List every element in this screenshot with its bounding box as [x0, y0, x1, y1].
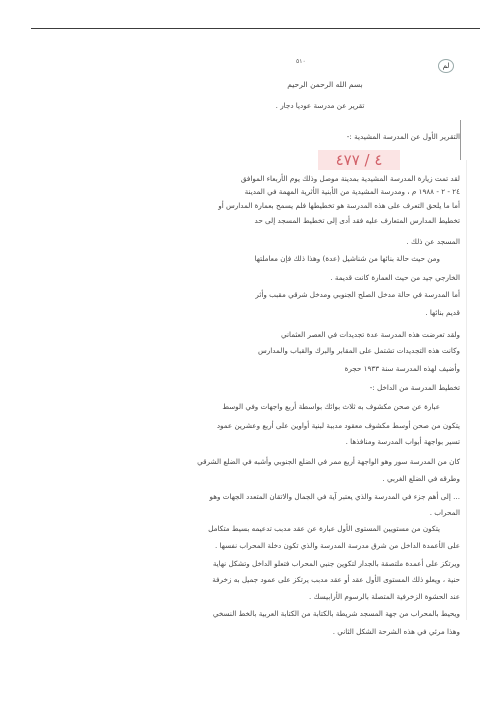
- text-line: تسير بواجهة أبواب المدرسة ومنافذها .: [55, 437, 460, 446]
- text-line: عند الحشوة الزخرفية المتصلة بالرسوم الأر…: [55, 592, 460, 601]
- text-line: ويحيط بالمحراب من جهة المسجد شريطة بالكت…: [55, 609, 460, 618]
- text-line: على الأعمدة الداخل من شرق مدرسة المدرسة …: [55, 541, 460, 550]
- text-line: الخارجي جيد من حيث العمارة كانت قديمة .: [55, 273, 460, 282]
- text-line: ومن حيث حالة بنائها من شناشيل (عدة) وهذا…: [55, 254, 440, 263]
- text-line: عبارة عن صحن مكشوف به ثلاث بوائك بواسطة …: [55, 402, 440, 411]
- basmala: بسم الله الرحمن الرحيم: [270, 80, 380, 89]
- margin-initial-stamp: لم: [438, 59, 454, 73]
- text-line: أما المدرسة في حالة مدخل الصلح الجنوبي و…: [55, 290, 460, 299]
- text-line: كان من المدرسة سور وهو الواجهة أربع ممر …: [55, 457, 460, 466]
- text-line: حنية ، ويعلو ذلك المستوى الأول عقد أو عق…: [55, 575, 460, 584]
- text-line: ٢٤ - ٢ - ١٩٨٨ م ، ومدرسة المشيدية من الأ…: [55, 187, 460, 196]
- text-line: لقد تمت زيارة المدرسة المشيدية بمدينة مو…: [55, 174, 460, 183]
- text-line: وأضيف لهذه المدرسة سنة ١٩٣٣ حجرة: [55, 364, 460, 373]
- text-line: وكانت هذه التجديدات تشتمل على المقابر وا…: [55, 346, 460, 355]
- margin-rule: [460, 120, 461, 160]
- scanned-page: [31, 29, 480, 689]
- text-line: المسجد عن ذلك .: [55, 237, 460, 246]
- subheading: تخطيط المدرسة من الداخل :-: [55, 383, 460, 392]
- text-line: يتكون من مستويين المستوى الأول عبارة عن …: [55, 524, 440, 533]
- text-line: ... إلى أهم جزء في المدرسة والذي يعتبر آ…: [55, 492, 460, 501]
- text-line: وطرقه في الضلع الغربي .: [55, 474, 460, 483]
- text-line: ولقد تعرضت هذه المدرسة عدة تجديدات في ال…: [55, 330, 460, 339]
- page-number: ٥١٠: [296, 58, 306, 65]
- text-line: قديم بنائها .: [55, 308, 460, 317]
- section-heading: التقرير الأول عن المدرسة المشيدية :-: [250, 132, 460, 141]
- report-title: تقرير عن مدرسة عوديا دجار .: [250, 101, 390, 110]
- text-line: يتكون من صحن أوسط مكشوف معقود مدببة لبني…: [55, 421, 460, 430]
- text-line: ويرتكز على أعمدة ملتصقة بالجدار لتكوين ج…: [55, 559, 460, 568]
- text-line: المحراب .: [55, 508, 460, 517]
- reference-number-stamp: ٤ / ٤٧٧: [318, 150, 400, 170]
- margin-rule-faint: [466, 160, 467, 620]
- text-line: وهذا مرئي في هذه الشرحة الشكل الثاني .: [55, 627, 460, 636]
- text-line: أما ما يلحق التعرف على هذه المدرسة هو تخ…: [55, 201, 460, 210]
- text-line: تخطيط المدارس المتعارف عليه فقد أدى إلى …: [55, 216, 460, 225]
